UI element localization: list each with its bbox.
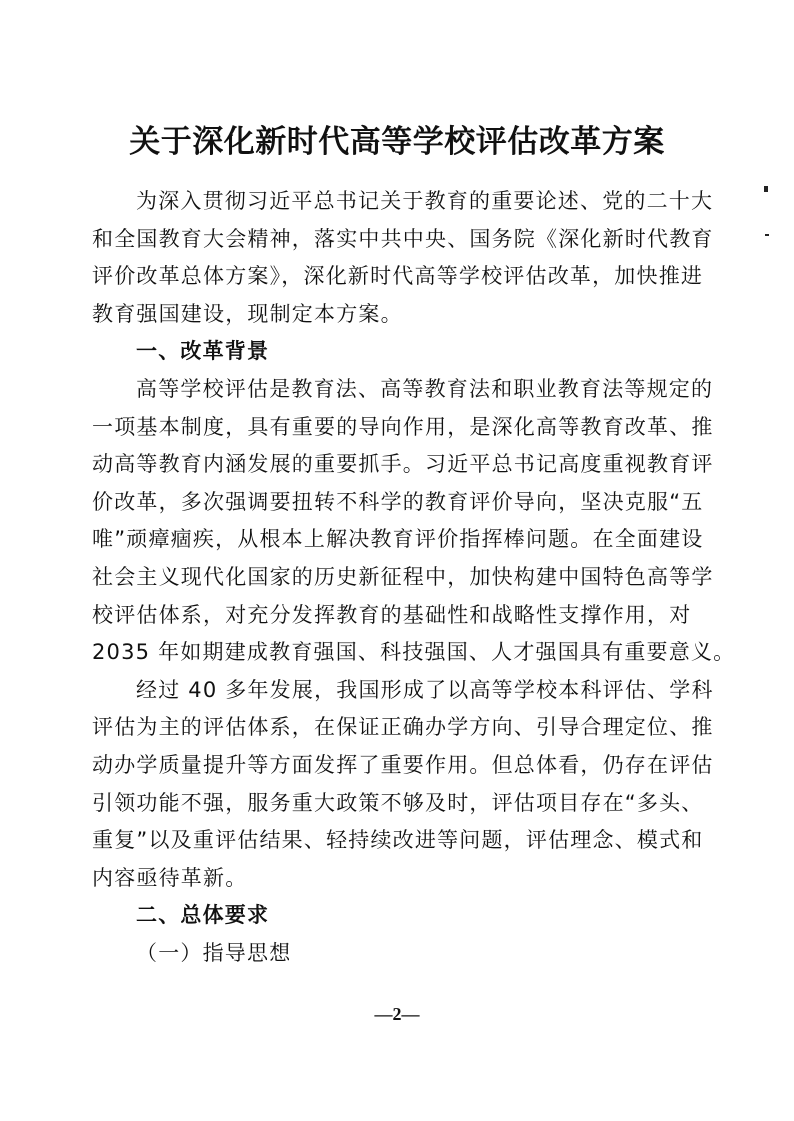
intro-line: 评价改革总体方案》，深化新时代高等学校评估改革，加快推进 <box>92 258 702 296</box>
paragraph-line: 社会主义现代化国家的历史新征程中，加快构建中国特色高等学 <box>92 559 702 597</box>
document-title: 关于深化新时代高等学校评估改革方案 <box>0 118 794 166</box>
paragraph-line: 校评估体系，对充分发挥教育的基础性和战略性支撑作用，对 <box>92 597 702 635</box>
intro-line: 为深入贯彻习近平总书记关于教育的重要论述、党的二十大 <box>92 183 702 221</box>
paragraph-line: 重复”以及重评估结果、轻持续改进等问题，评估理念、模式和 <box>92 822 702 860</box>
paragraph-line: 评估为主的评估体系，在保证正确办学方向、引导合理定位、推 <box>92 709 702 747</box>
paragraph-line: 内容亟待革新。 <box>92 860 702 898</box>
intro-line: 和全国教育大会精神，落实中共中央、国务院《深化新时代教育 <box>92 221 702 259</box>
paragraph-line: 2035 年如期建成教育强国、科技强国、人才强国具有重要意义。 <box>92 634 702 672</box>
paragraph-line: 引领功能不强，服务重大政策不够及时，评估项目存在“多头、 <box>92 785 702 823</box>
subsection-heading-guiding-ideology: （一）指导思想 <box>92 935 702 973</box>
scan-mark-dash <box>765 234 769 236</box>
scan-mark-dot <box>764 186 768 192</box>
paragraph-line: 经过 40 多年发展，我国形成了以高等学校本科评估、学科 <box>92 672 702 710</box>
paragraph-line: 价改革，多次强调要扭转不科学的教育评价导向，坚决克服“五 <box>92 484 702 522</box>
document-body: 为深入贯彻习近平总书记关于教育的重要论述、党的二十大 和全国教育大会精神，落实中… <box>92 183 702 972</box>
section-heading-background: 一、改革背景 <box>92 333 702 371</box>
paragraph-line: 动高等教育内涵发展的重要抓手。习近平总书记高度重视教育评 <box>92 446 702 484</box>
document-page: 关于深化新时代高等学校评估改革方案 为深入贯彻习近平总书记关于教育的重要论述、党… <box>0 0 794 1121</box>
paragraph-line: 唯”顽瘴痼疾，从根本上解决教育评价指挥棒问题。在全面建设 <box>92 521 702 559</box>
paragraph-line: 一项基本制度，具有重要的导向作用，是深化高等教育改革、推 <box>92 409 702 447</box>
intro-line: 教育强国建设，现制定本方案。 <box>92 296 702 334</box>
paragraph-line: 动办学质量提升等方面发挥了重要作用。但总体看，仍存在评估 <box>92 747 702 785</box>
paragraph-line: 高等学校评估是教育法、高等教育法和职业教育法等规定的 <box>92 371 702 409</box>
section-heading-overall-requirements: 二、总体要求 <box>92 897 702 935</box>
page-number: —2— <box>0 1004 794 1025</box>
